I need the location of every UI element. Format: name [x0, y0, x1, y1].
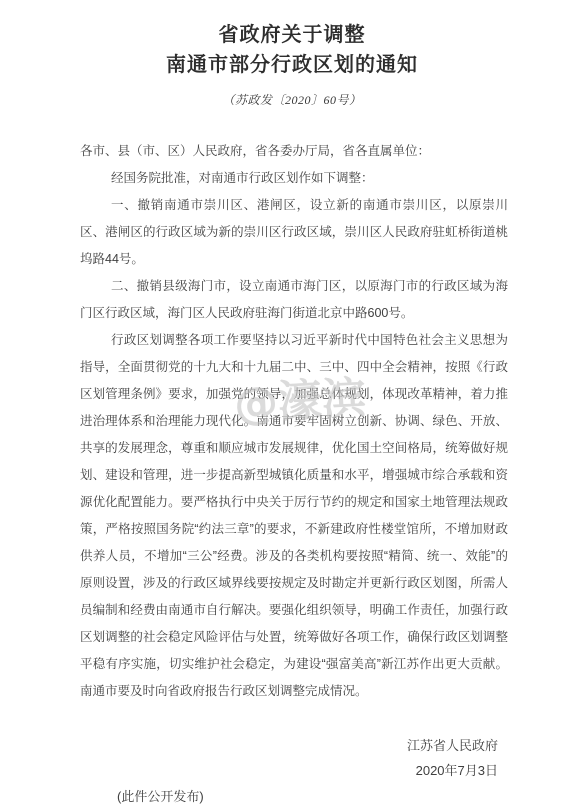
document-title: 省政府关于调整 南通市部分行政区划的通知	[76, 20, 508, 80]
paragraph-item-one: 一、撤销南通市崇川区、港闸区，设立新的南通市崇川区，以原崇川区、港闸区的行政区域…	[80, 192, 508, 273]
title-line-1: 省政府关于调整	[76, 20, 508, 50]
paragraph-approval-intro: 经国务院批准，对南通市行政区划作如下调整：	[80, 165, 508, 192]
paragraph-requirements: 行政区划调整各项工作要坚持以习近平新时代中国特色社会主义思想为指导，全面贯彻党的…	[80, 327, 508, 705]
document-header: 省政府关于调整 南通市部分行政区划的通知 （苏政发〔2020〕60号）	[76, 20, 508, 108]
paragraph-item-two: 二、撤销县级海门市，设立南通市海门区，以原海门市的行政区域为海门区行政区域，海门…	[80, 273, 508, 327]
issue-date: 2020年7月3日	[80, 758, 498, 783]
issuer-name: 江苏省人民政府	[80, 733, 498, 758]
salutation-line: 各市、县（市、区）人民政府，省各委办厅局，省各直属单位：	[80, 138, 508, 165]
document-body: 各市、县（市、区）人民政府，省各委办厅局，省各直属单位： 经国务院批准，对南通市…	[80, 138, 508, 705]
title-line-2: 南通市部分行政区划的通知	[76, 50, 508, 80]
public-release-note: (此件公开发布)	[117, 783, 508, 809]
document-number: （苏政发〔2020〕60号）	[76, 92, 508, 108]
signature-block: 江苏省人民政府 2020年7月3日	[80, 733, 508, 783]
document-page: @濠滨 省政府关于调整 南通市部分行政区划的通知 （苏政发〔2020〕60号） …	[0, 0, 580, 809]
